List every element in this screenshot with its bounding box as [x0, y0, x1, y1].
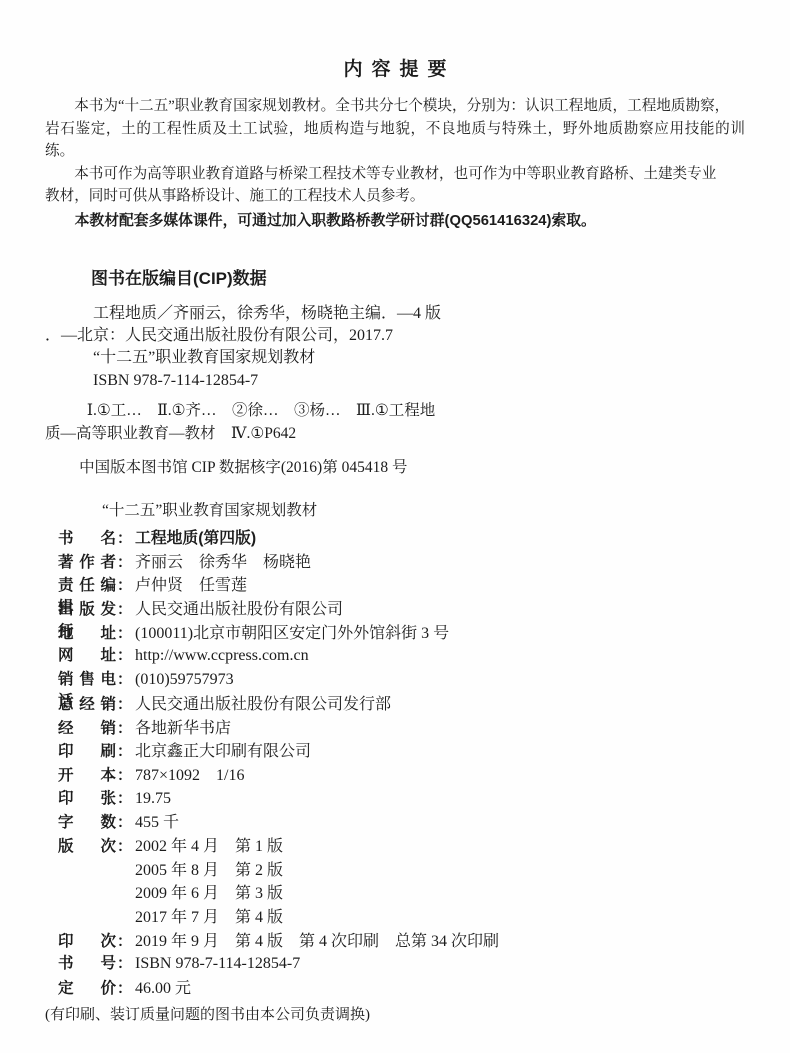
- spec-row-sales-phone: 销售电话 ： (010)59757973: [58, 667, 745, 691]
- spec-row-distributor: 经销 ： 各地新华书店: [58, 715, 745, 739]
- spec-row-edition-2: ： 2005 年 8 月 第 2 版: [58, 857, 745, 881]
- cip-publisher-line: ．—北京：人民交通出版社股份有限公司，2017.7: [45, 325, 745, 347]
- spec-value: 455 千: [135, 809, 179, 832]
- spec-label: 地址: [58, 621, 116, 643]
- spec-value: 北京鑫正大印刷有限公司: [135, 738, 311, 761]
- quality-exchange-note: (有印刷、装订质量问题的图书由本公司负责调换): [45, 1004, 745, 1027]
- spec-colon: ：: [117, 835, 132, 856]
- spec-colon: ：: [117, 598, 132, 619]
- spec-label: 开本: [58, 763, 116, 785]
- spec-label: 字数: [58, 810, 116, 832]
- spec-colon: ：: [117, 764, 132, 785]
- spec-row-edition-4: ： 2017 年 7 月 第 4 版: [58, 904, 745, 928]
- spec-row-format: 开本 ： 787×1092 1/16: [58, 762, 745, 786]
- courseware-note: 本教材配套多媒体课件，可通过加入职教路桥教学研讨群(QQ561416324)索取…: [45, 210, 745, 233]
- spec-label: 经销: [58, 716, 116, 738]
- spec-row-word-count: 字数 ： 455 千: [58, 809, 745, 833]
- spec-value: 人民交通出版社股份有限公司: [135, 596, 343, 619]
- spec-colon: ：: [117, 551, 132, 572]
- series-title: “十二五”职业教育国家规划教材: [102, 499, 745, 522]
- spec-row-edition-1: 版次 ： 2002 年 4 月 第 1 版: [58, 833, 745, 857]
- spec-value: (100011)北京市朝阳区安定门外外馆斜街 3 号: [135, 620, 449, 643]
- spec-value: 2017 年 7 月 第 4 版: [135, 904, 283, 927]
- spec-colon: ：: [117, 693, 132, 714]
- spec-row-price: 定价 ： 46.00 元: [58, 975, 745, 999]
- cip-record-number-line: 中国版本图书馆 CIP 数据核字(2016)第 045418 号: [45, 457, 745, 479]
- book-copyright-page: 内容提要 本书为“十二五”职业教育国家规划教材。全书共分七个模块，分别为：认识工…: [0, 0, 790, 1053]
- cip-data-section: 图书在版编目(CIP)数据 工程地质／齐丽云，徐秀华，杨晓艳主编．—4 版 ．—…: [45, 264, 745, 479]
- spec-value: 2019 年 9 月 第 4 版 第 4 次印刷 总第 34 次印刷: [135, 928, 499, 951]
- spec-value: 卢仲贤 任雪莲: [135, 572, 247, 595]
- spec-label: 总经销: [58, 692, 116, 714]
- spec-label: 网址: [58, 643, 116, 665]
- spec-colon: ：: [117, 811, 132, 832]
- spec-value: 工程地质(第四版): [135, 525, 256, 548]
- spec-row-isbn: 书号 ： ISBN 978-7-114-12854-7: [58, 951, 745, 975]
- spec-colon: ：: [117, 977, 132, 998]
- spec-label: 书名: [58, 526, 116, 548]
- spec-label: 印次: [58, 929, 116, 951]
- content-summary-title: 内容提要: [45, 54, 745, 81]
- cip-heading: 图书在版编目(CIP)数据: [45, 264, 745, 289]
- spec-row-website: 网址 ： http://www.ccpress.com.cn: [58, 643, 745, 667]
- spec-value: http://www.ccpress.com.cn: [135, 647, 309, 665]
- spec-colon: ：: [117, 952, 132, 973]
- spec-colon: ：: [117, 644, 132, 665]
- spec-row-edition-3: ： 2009 年 6 月 第 3 版: [58, 880, 745, 904]
- spec-value: 2002 年 4 月 第 1 版: [135, 833, 283, 856]
- spec-colon: ：: [117, 930, 132, 951]
- spec-value: 齐丽云 徐秀华 杨晓艳: [135, 549, 311, 572]
- spec-value: 46.00 元: [135, 975, 191, 998]
- spec-value: ISBN 978-7-114-12854-7: [135, 955, 300, 973]
- spec-row-address: 地址 ： (100011)北京市朝阳区安定门外外馆斜街 3 号: [58, 620, 745, 644]
- spec-row-impression: 印次 ： 2019 年 9 月 第 4 版 第 4 次印刷 总第 34 次印刷: [58, 928, 745, 952]
- spec-colon: ：: [117, 622, 132, 643]
- cip-title-line: 工程地质／齐丽云，徐秀华，杨晓艳主编．—4 版: [45, 303, 745, 325]
- spec-label: 版次: [58, 834, 116, 856]
- spec-colon: ：: [117, 787, 132, 808]
- spec-label: 定价: [58, 976, 116, 998]
- spec-value: 2009 年 6 月 第 3 版: [135, 880, 283, 903]
- summary-paragraph-2: 本书可作为高等职业教育道路与桥梁工程技术等专业教材，也可作为中等职业教育路桥、土…: [45, 163, 745, 208]
- spec-label: 著作者: [58, 550, 116, 572]
- spec-colon: ：: [117, 740, 132, 761]
- spec-label: 书号: [58, 951, 116, 973]
- summary-paragraph-1: 本书为“十二五”职业教育国家规划教材。全书共分七个模块，分别为：认识工程地质，工…: [45, 95, 745, 163]
- spec-value: 19.75: [135, 790, 171, 808]
- spec-colon: ：: [117, 527, 132, 548]
- publication-spec-list: 书名 ： 工程地质(第四版) 著作者 ： 齐丽云 徐秀华 杨晓艳 责任编辑 ： …: [58, 525, 745, 999]
- spec-row-printer: 印刷 ： 北京鑫正大印刷有限公司: [58, 738, 745, 762]
- spec-colon: ：: [117, 668, 132, 689]
- spec-colon: ：: [117, 574, 132, 595]
- spec-value: 各地新华书店: [135, 715, 231, 738]
- spec-value: (010)59757973: [135, 671, 234, 689]
- cip-isbn-line: ISBN 978-7-114-12854-7: [45, 370, 745, 392]
- spec-row-authors: 著作者 ： 齐丽云 徐秀华 杨晓艳: [58, 549, 745, 573]
- spec-label: 印刷: [58, 739, 116, 761]
- spec-value: 2005 年 8 月 第 2 版: [135, 857, 283, 880]
- spec-row-publisher: 出版发行 ： 人民交通出版社股份有限公司: [58, 596, 745, 620]
- spec-value: 人民交通出版社股份有限公司发行部: [135, 691, 391, 714]
- spec-colon: ：: [117, 717, 132, 738]
- cip-series-line: “十二五”职业教育国家规划教材: [45, 347, 745, 369]
- spec-row-editors: 责任编辑 ： 卢仲贤 任雪莲: [58, 572, 745, 596]
- spec-row-printed-sheets: 印张 ： 19.75: [58, 786, 745, 810]
- spec-label: 印张: [58, 786, 116, 808]
- spec-row-book-title: 书名 ： 工程地质(第四版): [58, 525, 745, 549]
- spec-row-general-distributor: 总经销 ： 人民交通出版社股份有限公司发行部: [58, 691, 745, 715]
- cip-classification-line: Ⅰ.①工… Ⅱ.①齐… ②徐… ③杨… Ⅲ.①工程地 质—高等职业教育—教材 Ⅳ…: [45, 400, 745, 445]
- spec-value: 787×1092 1/16: [135, 762, 244, 785]
